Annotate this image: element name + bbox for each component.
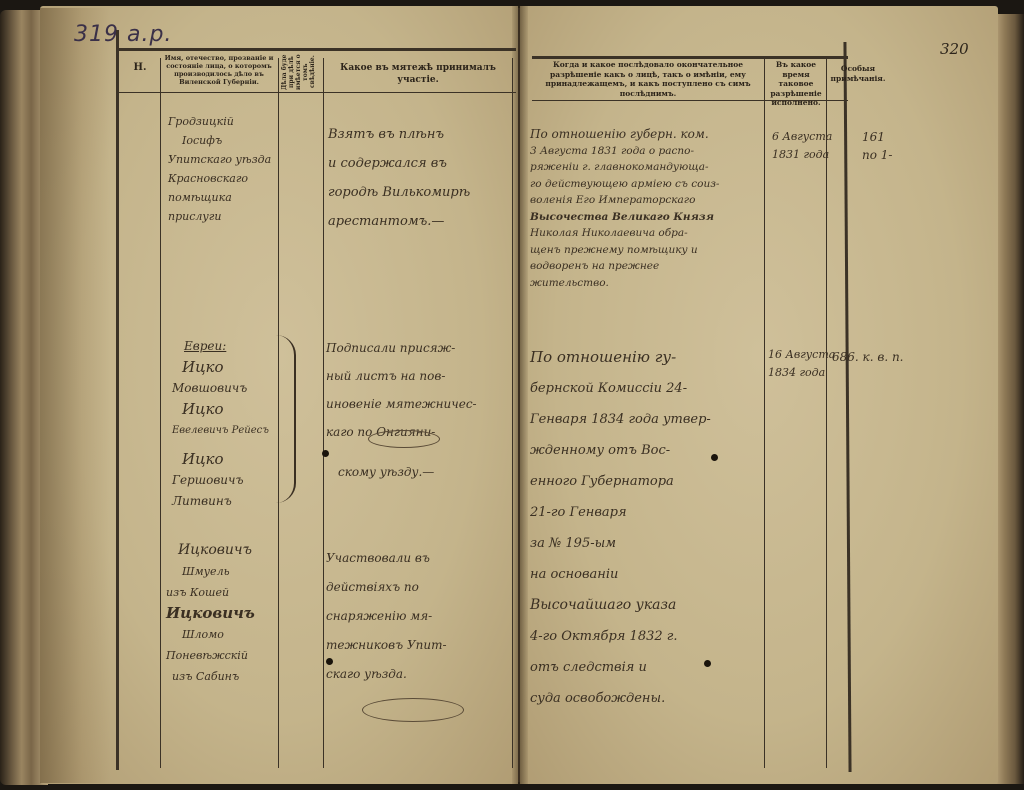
- header-number: Н.: [120, 62, 160, 74]
- entry-line: бернской Комиссіи 24-: [530, 373, 711, 404]
- header-resolution: Когда и какое послѣдовало окончательное …: [534, 60, 762, 98]
- entry-line: действіяхъ по: [326, 573, 447, 602]
- entry-line: Іосифъ: [168, 131, 271, 150]
- entry-1-participation: Взятъ въ плѣнъ и содержался въ городѣ Ви…: [328, 120, 470, 236]
- entry-line: Красновскаго: [168, 169, 271, 188]
- entry-line: 1834 года: [768, 364, 835, 382]
- entry-line: Ицко: [172, 449, 269, 470]
- entry-line: 1831 года: [772, 146, 832, 164]
- entry-line: Подписали присяж-: [326, 334, 477, 362]
- entry-line: 16 Августа: [768, 346, 835, 364]
- entry-line: 3 Августа 1831 года о распо-: [530, 143, 719, 160]
- entry-line: Участвовали въ: [326, 544, 447, 573]
- left-col-rule-4: [512, 58, 513, 768]
- left-top-rule: [118, 48, 516, 51]
- entry-line: 4-го Октября 1832 г.: [530, 621, 711, 652]
- entry-line: отъ следствія и: [530, 652, 711, 683]
- entry-line: помѣщика: [168, 188, 271, 207]
- entry-2-notes: 686. к. в. п.: [832, 348, 903, 366]
- entry-line: изъ Кошей: [166, 582, 255, 603]
- entry-1-resolution: По отношенію губерн. ком. 3 Августа 1831…: [530, 126, 719, 291]
- header-notes: Особыя примѣчанія.: [828, 64, 888, 83]
- entry-line: Николая Николаевича обра-: [530, 225, 719, 242]
- entry-2-name: Евреи: Ицко Мовшовичъ Ицко Евелевичъ Рей…: [172, 336, 269, 512]
- entry-3-name: Ицковичъ Шмуель изъ Кошей Ицковичъ Шломо…: [166, 540, 255, 687]
- entry-line: арестантомъ.—: [328, 207, 470, 236]
- binding-hole: [704, 660, 711, 667]
- right-top-rule: [532, 56, 848, 59]
- left-header-rule: [118, 92, 516, 93]
- left-page-stain: [40, 8, 110, 783]
- left-col-rule-3: [323, 58, 324, 768]
- entry-line: Упитскаго уѣзда: [168, 150, 271, 169]
- entry-line: По отношенію губерн. ком.: [530, 126, 719, 143]
- entry-line: го действующею арміею съ соиз-: [530, 176, 719, 193]
- entry-line: Ицко: [172, 357, 269, 378]
- entry-line: Поневѣжскій: [166, 645, 255, 666]
- entry-line: 686. к. в. п.: [832, 348, 903, 366]
- entry-1-executed: 6 Августа 1831 года: [772, 128, 832, 164]
- entry-line: Гершовичъ: [172, 470, 269, 491]
- entry-line: скаго уѣзда.: [326, 660, 447, 689]
- entry-line: иновеніе мятежничес-: [326, 390, 477, 418]
- header-executed: Въ какое время таковое разрѣшеніе исполн…: [766, 60, 826, 108]
- entry-line: на основаніи: [530, 559, 711, 590]
- entry-line: за № 195-ым: [530, 528, 711, 559]
- entry-line: Евреи:: [172, 336, 269, 357]
- entry-line: водворенъ на прежнее: [530, 258, 719, 275]
- header-name: Имя, отечество, прозваніе и состояніе ли…: [162, 54, 276, 86]
- left-col-rule-1: [160, 58, 161, 768]
- entry-line: ряженіи г. главнокомандующа-: [530, 159, 719, 176]
- binding-hole: [326, 658, 333, 665]
- entry-line: Ицковичъ: [166, 540, 255, 561]
- gutter-fold: [518, 8, 520, 782]
- entry-line: городѣ Вилькомирѣ: [328, 178, 470, 207]
- ink-flourish: [368, 430, 440, 448]
- entry-line: изъ Сабинъ: [166, 666, 255, 687]
- entry-line: Высочайшаго указа: [530, 590, 711, 621]
- entry-line: Мовшовичъ: [172, 378, 269, 399]
- entry-line: Евелевичъ Рейесъ: [172, 420, 269, 441]
- entry-2-grouping-brace: [272, 335, 296, 503]
- header-participation: Какое въ мятежѣ принималъ участіе.: [325, 62, 511, 86]
- entry-line: Высочества Великаго Князя: [530, 209, 719, 226]
- entry-1-name: Гродзицкій Іосифъ Упитскаго уѣзда Красно…: [168, 112, 271, 226]
- entry-line: Шмуель: [166, 561, 255, 582]
- left-folio-mark: 319 a.p.: [74, 22, 172, 47]
- entry-line: жденному отъ Вос-: [530, 435, 711, 466]
- entry-line: Генваря 1834 года утвер-: [530, 404, 711, 435]
- entry-line: по 1-: [862, 146, 892, 164]
- right-col-rule-1: [764, 58, 765, 768]
- binding-hole: [711, 454, 718, 461]
- entry-1-notes: 161 по 1-: [862, 128, 892, 164]
- entry-2-participation: Подписали присяж- ный листъ на пов- инов…: [326, 334, 477, 486]
- entry-line: Ицко: [172, 399, 269, 420]
- right-folio-number: 320: [940, 40, 969, 58]
- entry-line: 21-го Генваря: [530, 497, 711, 528]
- entry-line: енного Губернатора: [530, 466, 711, 497]
- entry-line: жительство.: [530, 275, 719, 292]
- entry-line: По отношенію гу-: [530, 342, 711, 373]
- right-col-rule-2: [826, 58, 827, 768]
- book-spread: 319 a.p. 320 Н. Имя, отечество, прозвані…: [0, 0, 1024, 790]
- entry-line: Шломо: [166, 624, 255, 645]
- entry-line: снаряженію мя-: [326, 602, 447, 631]
- entry-line: суда освобождены.: [530, 683, 711, 714]
- binding-hole: [322, 450, 329, 457]
- entry-line: 161: [862, 128, 892, 146]
- entry-line: Ицковичъ: [166, 603, 255, 624]
- entry-line: тежниковъ Упит-: [326, 631, 447, 660]
- entry-3-participation: Участвовали въ действіяхъ по снаряженію …: [326, 544, 447, 689]
- entry-line: прислуги: [168, 207, 271, 226]
- gutter-shadow: [512, 6, 528, 784]
- entry-line: Взятъ въ плѣнъ: [328, 120, 470, 149]
- right-page-block-edge: [994, 14, 1024, 784]
- entry-line: Гродзицкій: [168, 112, 271, 131]
- entry-2-executed: 16 Августа 1834 года: [768, 346, 835, 382]
- entry-line: воленія Его Императорскаго: [530, 192, 719, 209]
- entry-line: скому уѣзду.—: [326, 458, 477, 486]
- entry-line: ный листъ на пов-: [326, 362, 477, 390]
- entry-line: 6 Августа: [772, 128, 832, 146]
- left-outer-rule: [116, 30, 119, 770]
- entry-2-resolution: По отношенію гу- бернской Комиссіи 24- Г…: [530, 342, 711, 714]
- entry-line: Литвинъ: [172, 491, 269, 512]
- entry-line: щенъ прежнему помѣщику и: [530, 242, 719, 259]
- entry-line: и содержался въ: [328, 149, 470, 178]
- ink-flourish: [362, 698, 464, 722]
- header-case-note: Дѣла буде при дѣлѣ имѣется о томъ свѣдѣн…: [281, 54, 319, 90]
